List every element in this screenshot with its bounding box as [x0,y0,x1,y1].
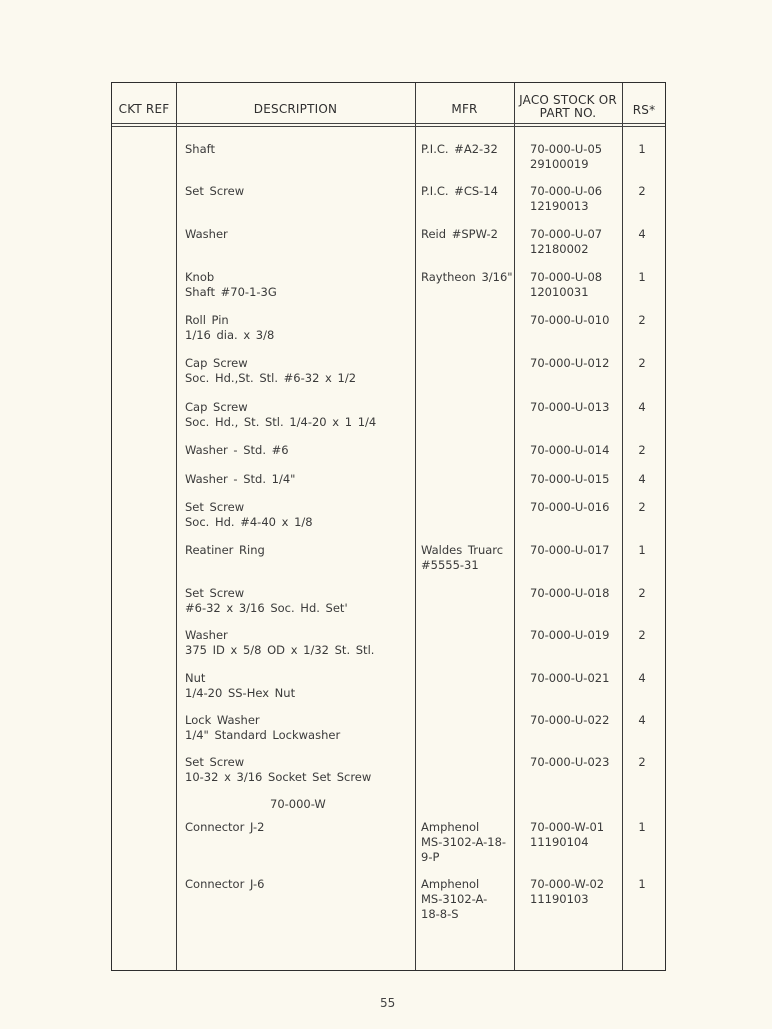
header-divider [112,123,665,124]
row-manufacturer: Amphenol [421,877,479,892]
row-description: Connector J-2 [185,820,264,835]
row-part-number: 70-000-U-015 [530,472,609,487]
row-part-number: 70-000-U-018 [530,586,609,601]
row-description: Washer - Std. #6 [185,443,289,458]
row-manufacturer: P.I.C. #CS-14 [421,184,498,199]
column-divider [176,83,177,970]
row-rs-qty: 1 [622,142,662,157]
header-description: DESCRIPTION [176,102,415,117]
row-description-detail: 1/4-20 SS-Hex Nut [185,686,295,701]
row-part-number: 70-000-U-06 [530,184,602,199]
row-part-number: 70-000-W-01 [530,820,604,835]
row-description-detail: Shaft #70-1-3G [185,285,277,300]
row-stock-number: 11190104 [530,835,589,850]
row-rs-qty: 2 [622,356,662,371]
row-rs-qty: 2 [622,755,662,770]
row-description: Cap Screw [185,356,248,371]
row-description-detail: 1/16 dia. x 3/8 [185,328,274,343]
row-description-detail: Soc. Hd.,St. Stl. #6-32 x 1/2 [185,371,356,386]
row-description-detail: #6-32 x 3/16 Soc. Hd. Set' [185,601,348,616]
row-manufacturer-line2: MS-3102-A- [421,892,487,907]
column-divider [415,83,416,970]
row-description: Set Screw [185,184,244,199]
row-rs-qty: 4 [622,472,662,487]
row-description: Nut [185,671,205,686]
row-rs-qty: 4 [622,671,662,686]
row-stock-number: 29100019 [530,157,589,172]
header-mfr: MFR [415,102,514,117]
row-part-number: 70-000-U-010 [530,313,609,328]
row-stock-number: 12180002 [530,242,589,257]
column-divider [514,83,515,970]
row-part-number: 70-000-U-017 [530,543,609,558]
page-number: 55 [380,996,395,1010]
row-description: Knob [185,270,214,285]
row-part-number: 70-000-W-02 [530,877,604,892]
row-description: Set Screw [185,755,244,770]
row-description-detail: 375 ID x 5/8 OD x 1/32 St. Stl. [185,643,374,658]
row-manufacturer: P.I.C. #A2-32 [421,142,498,157]
row-manufacturer-line2: #5555-31 [421,558,479,573]
row-rs-qty: 2 [622,443,662,458]
row-description: Cap Screw [185,400,248,415]
row-description: Set Screw [185,500,244,515]
header-rs: RS* [622,103,666,118]
row-rs-qty: 2 [622,184,662,199]
row-stock-number: 12010031 [530,285,589,300]
row-part-number: 70-000-U-023 [530,755,609,770]
row-part-number: 70-000-U-05 [530,142,602,157]
row-description: Washer [185,628,228,643]
row-part-number: 70-000-U-014 [530,443,609,458]
row-part-number: 70-000-U-07 [530,227,602,242]
row-rs-qty: 2 [622,586,662,601]
row-description: Set Screw [185,586,244,601]
row-rs-qty: 1 [622,820,662,835]
row-rs-qty: 1 [622,877,662,892]
row-stock-number: 11190103 [530,892,589,907]
row-rs-qty: 2 [622,500,662,515]
row-part-number: 70-000-U-012 [530,356,609,371]
row-part-number: 70-000-U-013 [530,400,609,415]
row-description: Washer - Std. 1/4" [185,472,295,487]
row-description: Connector J-6 [185,877,264,892]
header-part-no-line2: PART NO. [514,106,622,121]
row-rs-qty: 1 [622,270,662,285]
row-part-number: 70-000-U-08 [530,270,602,285]
row-description: Reatiner Ring [185,543,265,558]
row-description-detail: 10-32 x 3/16 Socket Set Screw [185,770,371,785]
column-divider [622,83,623,970]
row-part-number: 70-000-U-021 [530,671,609,686]
row-part-number: 70-000-U-019 [530,628,609,643]
row-manufacturer-line2: MS-3102-A-18- [421,835,506,850]
row-manufacturer-line3: 18-8-S [421,907,459,922]
row-rs-qty: 2 [622,628,662,643]
row-rs-qty: 2 [622,313,662,328]
row-manufacturer: Raytheon 3/16" [421,270,513,285]
row-manufacturer: Reid #SPW-2 [421,227,498,242]
row-description-detail: Soc. Hd., St. Stl. 1/4-20 x 1 1/4 [185,415,376,430]
row-part-number: 70-000-U-022 [530,713,609,728]
row-manufacturer-line3: 9-P [421,850,439,865]
row-rs-qty: 4 [622,400,662,415]
row-manufacturer: Waldes Truarc [421,543,503,558]
row-description: Lock Washer [185,713,260,728]
row-rs-qty: 1 [622,543,662,558]
row-description: Roll Pin [185,313,229,328]
row-stock-number: 12190013 [530,199,589,214]
row-part-number: 70-000-U-016 [530,500,609,515]
header-ckt-ref: CKT REF [112,102,176,117]
row-description-detail: 1/4" Standard Lockwasher [185,728,340,743]
row-description: Washer [185,227,228,242]
row-rs-qty: 4 [622,227,662,242]
row-description: Shaft [185,142,215,157]
row-description-detail: Soc. Hd. #4-40 x 1/8 [185,515,313,530]
section-heading: 70-000-W [270,797,326,812]
row-manufacturer: Amphenol [421,820,479,835]
row-rs-qty: 4 [622,713,662,728]
header-divider [112,126,665,127]
